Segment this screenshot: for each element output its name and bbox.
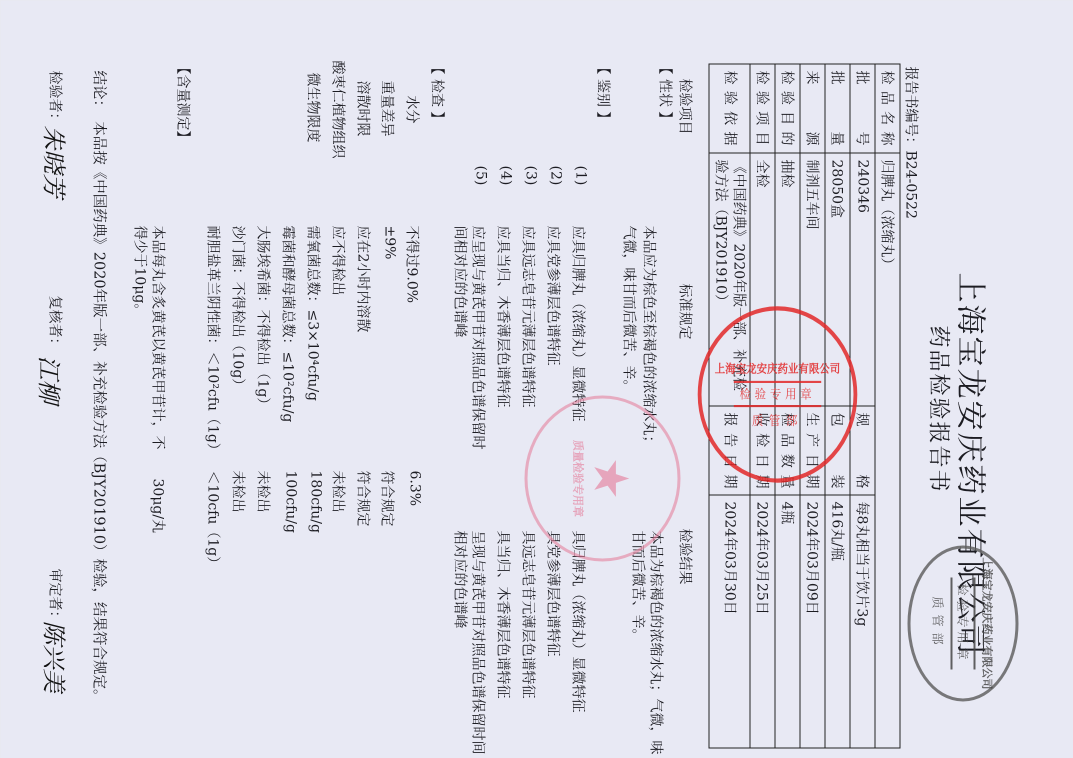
report-number-value: B24-0522: [902, 150, 918, 218]
test-standard-plant-tissue: 应不得检出: [328, 225, 348, 295]
test-standard-salmonella: 沙门菌：不得检出（10g）: [228, 225, 248, 392]
report-number: 报告书编号：B24-0522: [901, 66, 921, 218]
basis-label: 检验依据: [709, 64, 750, 153]
red-stamp-top-text: 上海宝龙安庆药业有限公司: [714, 359, 839, 376]
test-label-weight-variation: 重量差异: [377, 80, 397, 136]
tester-signature: 朱晓芳: [38, 125, 73, 197]
assay-result: 30μg/丸: [148, 478, 168, 533]
approver-label: 审定者：: [45, 568, 65, 624]
ident-num-4: (4): [497, 165, 513, 185]
pink-round-stamp: ★ 质量检验专用章: [524, 395, 680, 561]
test-label-disintegration: 溶散时限: [353, 80, 373, 136]
quantity-value: 4瓶: [775, 495, 800, 748]
test-result-aerobic: 180cfu/g: [307, 470, 323, 532]
ident-standard-5-cont: 间相对应的色谱峰: [450, 225, 470, 337]
ident-standard-1: 应具归脾丸（浓缩丸）显微特征: [568, 225, 588, 421]
ident-standard-2: 应具党参薄层色谱特征: [543, 225, 563, 365]
product-name-label: 检品名称: [875, 64, 900, 153]
package-value: 416丸/瓶: [825, 495, 850, 748]
test-label-moisture: 水分: [402, 95, 422, 123]
spec-value: 每8丸相当于饮片3g: [850, 495, 875, 748]
test-result-e-coli: 未检出: [253, 470, 273, 512]
ident-result-4: 具当归、木香薄层色谱特征: [493, 530, 513, 698]
test-standard-weight-variation: ±9%: [381, 225, 397, 259]
test-label-plant-tissue: 酸枣仁植物组织: [328, 60, 348, 158]
appearance-standard-line-2: 气微，味甘而后微苦、辛。: [619, 225, 639, 393]
section-tests-title: 【 检查 】: [427, 60, 447, 125]
ident-standard-5: 应呈现与黄芪甲苷对照品色谱保留时: [468, 225, 488, 449]
ident-standard-4: 应具当归、木香薄层色谱特征: [493, 225, 513, 407]
red-stamp-middle-text: 检验专用章: [733, 380, 820, 406]
ident-standard-3: 应具远志皂苷元薄层色谱特征: [518, 225, 538, 407]
batch-size-label: 批 量: [825, 64, 850, 153]
test-result-moisture: 6.3%: [406, 470, 422, 506]
assay-standard-line-1: 本品每丸含炙黄芪以黄芪甲苷计，不: [148, 225, 168, 449]
ident-num-3: (3): [522, 165, 538, 185]
test-result-plant-tissue: 未检出: [328, 470, 348, 512]
receive-date-value: 2024年03月25日: [750, 495, 775, 748]
test-label-microbial: 微生物限度: [303, 72, 323, 142]
gray-stamp-bottom-text: 质管部: [930, 596, 947, 650]
approver-signature: 陈兴美: [38, 620, 73, 692]
table-row: 检品名称 归脾丸（浓缩丸）: [875, 64, 900, 748]
gray-oval-stamp: 上海宝龙安庆药业有限公司 检验专用章 质管部: [907, 545, 1018, 701]
ident-result-2: 具党参薄层色谱特征: [543, 530, 563, 656]
test-standard-bile-tolerant: 耐胆盐革兰阴性菌：＜10²cfu（1g）: [203, 225, 223, 456]
test-standard-disintegration: 应在2小时内溶散: [353, 225, 373, 332]
ident-num-5: (5): [472, 165, 488, 185]
section-identification-title: 【 鉴别 】: [593, 60, 613, 125]
test-standard-moisture: 不得过9.0%: [402, 225, 422, 303]
test-standard-aerobic: 需氧菌总数：≤3×10⁴cfu/g: [303, 225, 323, 401]
report-date-value: 2024年03月30日: [709, 495, 750, 748]
red-oval-stamp: 上海宝龙安庆药业有限公司 检验专用章 质管部: [697, 306, 857, 482]
batch-no-label: 批 号: [850, 64, 875, 153]
product-name-value: 归脾丸（浓缩丸）: [875, 153, 900, 748]
column-header-result: 检验结果: [675, 528, 695, 584]
test-result-mold-yeast: 100cfu/g: [282, 470, 298, 532]
tester-label: 检验者：: [45, 70, 65, 126]
purpose-label: 检验目的: [775, 64, 800, 153]
ident-result-3: 具远志皂苷元薄层色谱特征: [518, 530, 538, 698]
test-result-salmonella: 未检出: [228, 470, 248, 512]
test-standard-e-coli: 大肠埃希菌：不得检出（1g）: [253, 225, 273, 411]
test-result-disintegration: 符合规定: [353, 470, 373, 526]
report-number-label: 报告书编号：: [902, 66, 918, 150]
appearance-result-line-1: 本品为棕褐色的浓缩水丸；气微，味: [646, 530, 666, 754]
production-date-value: 2024年03月09日: [800, 495, 825, 748]
section-appearance-title: 【 性状 】: [655, 60, 675, 125]
red-stamp-bottom-text: 质管部: [751, 411, 802, 429]
pink-stamp-text: 质量检验专用章: [570, 440, 586, 517]
test-result-bile-tolerant: ＜10cfu（1g）: [203, 470, 223, 570]
ident-result-5-cont: 相对应的色谱峰: [450, 530, 470, 628]
gray-stamp-middle-text: 检验专用章: [951, 577, 976, 669]
gray-stamp-top-text: 上海宝龙安庆药业有限公司: [980, 557, 996, 689]
assay-standard-line-2: 得少于10μg。: [130, 225, 150, 317]
ident-num-1: (1): [572, 165, 588, 185]
column-header-standard: 标准规定: [675, 283, 695, 339]
reviewer-label: 复核者：: [45, 295, 65, 351]
report-page: 上海宝龙安庆药业有限公司 药品检验报告书 报告书编号：B24-0522 检品名称…: [0, 0, 1073, 758]
ident-num-2: (2): [547, 165, 563, 185]
ident-result-5: 呈现与黄芪甲苷对照品色谱保留时间: [468, 530, 488, 754]
section-assay-title: 【含量测定】: [173, 60, 193, 144]
source-label: 来 源: [800, 64, 825, 153]
conclusion: 结论： 本品按《中国药典》2020年版一部、补充检验方法（BJY201910）检…: [89, 70, 110, 703]
test-items-label: 检验项目: [750, 64, 775, 153]
test-standard-mold-yeast: 霉菌和酵母菌总数：≤10²cfu/g: [278, 225, 298, 422]
reviewer-signature: 江柳: [33, 355, 68, 403]
column-header-item: 检验项目: [675, 78, 695, 134]
star-icon: ★: [586, 456, 634, 499]
test-result-weight-variation: 符合规定: [377, 470, 397, 526]
